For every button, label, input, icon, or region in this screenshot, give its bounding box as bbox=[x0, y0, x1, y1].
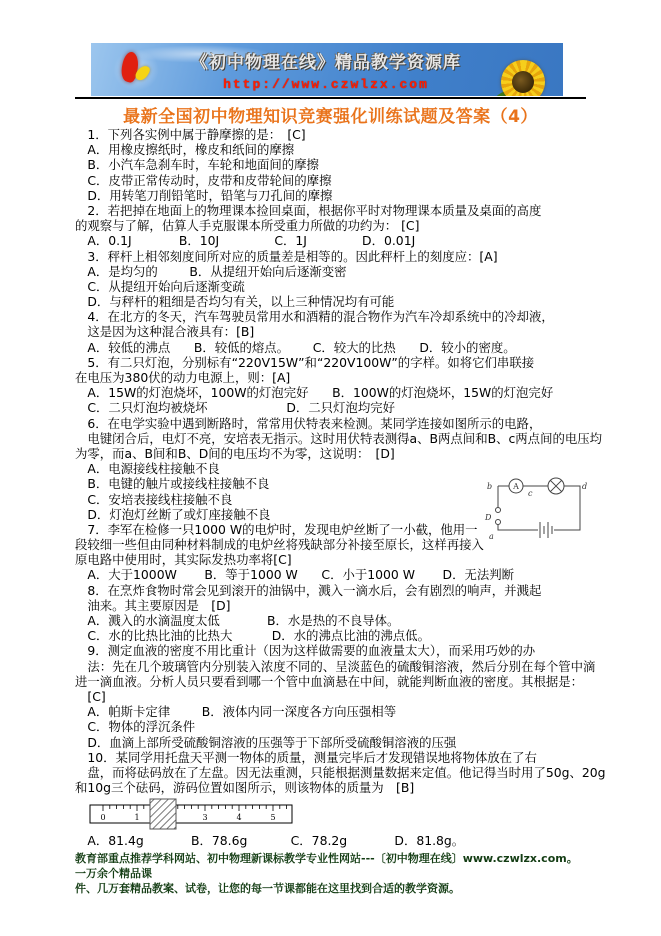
document-line: 2．若把掉在地面上的物理课本捡回桌面，根据你平时对物理课本质量及桌面的高度 bbox=[75, 203, 589, 218]
document-line: A．溅入的水滴温度太低 B．水是热的不良导体。 bbox=[75, 613, 589, 628]
document-line: 3．秤杆上相邻刻度间所对应的质量差是相等的。因此秤杆上的刻度应：[A] bbox=[75, 249, 589, 264]
footer-text: 教育部重点推荐学科网站、初中物理新课标教学专业性网站---〔初中物理在线〕www… bbox=[75, 851, 589, 896]
document-line: 1．下列各实例中属于静摩擦的是： [C] bbox=[75, 127, 589, 142]
document-line: B．小汽车急刹车时，车轮和地面间的摩擦 bbox=[75, 157, 589, 172]
document-page: 《初中物理在线》精品教学资源库 http://www.czwlzx.com 最新… bbox=[0, 0, 661, 936]
ruler-tick-0: 0 bbox=[100, 813, 105, 822]
document-line: A．0.1J B．10J C．1J D．0.01J bbox=[75, 233, 589, 248]
banner-site-title: 《初中物理在线》精品教学资源库 bbox=[161, 48, 491, 73]
document-line: C．物体的浮沉条件 bbox=[75, 719, 589, 734]
document-line: D．与秤杆的粗细是否均匀有关，以上三种情况均有可能 bbox=[75, 294, 589, 309]
document-line: A．较低的沸点 B．较低的熔点。 C．较大的比热 D．较小的密度。 bbox=[75, 340, 589, 355]
document-line: A．15W的灯泡烧坏，100W的灯泡完好 B．100W的灯泡烧坏，15W的灯泡完… bbox=[75, 385, 589, 400]
footer-line-2: 件、几万套精品教案、试卷，让您的每一节课都能在这里找到合适的教学资源。 bbox=[75, 881, 589, 896]
ammeter-letter: A bbox=[512, 482, 519, 491]
document-line: 8．在烹炸食物时常会见到滚开的油锅中，溅入一滴水后，会有剧烈的响声，并溅起 bbox=[75, 583, 589, 598]
footer-line-1: 教育部重点推荐学科网站、初中物理新课标教学专业性网站---〔初中物理在线〕www… bbox=[75, 851, 589, 881]
switch-contact-icon bbox=[496, 520, 501, 525]
document-line: 4．在北方的冬天，汽车驾驶员常用水和酒精的混合物作为汽车冷却系统中的冷却液， bbox=[75, 309, 589, 324]
document-line: C．从提纽开始向后逐渐变疏 bbox=[75, 279, 589, 294]
document-line: A．电源接线柱接触不良 bbox=[75, 461, 589, 476]
document-line: 法：先在几个玻璃管内分别装入浓度不同的、呈淡蓝色的硫酸铜溶液，然后分别在每个管中… bbox=[75, 659, 589, 674]
sunflower-icon bbox=[501, 60, 545, 96]
ruler-tick-4: 4 bbox=[236, 813, 241, 822]
circuit-label-c: c bbox=[528, 489, 533, 498]
page-title: 最新全国初中物理知识竞赛强化训练试题及答案（4） bbox=[75, 102, 586, 127]
q10-answer-options: A．81.4g B．78.6g C．78.2g D．81.8g。 bbox=[75, 831, 464, 849]
document-line: 和10g三个砝码，游码位置如图所示，则该物体的质量为 [B] bbox=[75, 780, 589, 795]
document-line: 这是因为这种混合液具有：[B] bbox=[75, 324, 589, 339]
document-line: 6．在电学实验中遇到断路时，常常用伏特表来检测。某同学连接如图所示的电路， bbox=[75, 416, 589, 431]
document-line: 9．测定血液的密度不用比重计（因为这样做需要的血液量太大），而采用巧妙的办 bbox=[75, 643, 589, 658]
site-logo-icon bbox=[113, 49, 159, 91]
document-line: 油来。其主要原因是 [D] bbox=[75, 598, 589, 613]
document-line: 电键闭合后，电灯不亮，安培表无指示。这时用伏特表测得a、B两点间和B、c两点间的… bbox=[75, 431, 589, 446]
battery-icon bbox=[540, 522, 552, 538]
circuit-label-b: b bbox=[487, 482, 492, 491]
sunflower-core-icon bbox=[512, 71, 534, 93]
circuit-label-d: d bbox=[582, 482, 587, 491]
document-line: 的观察与了解，估算人手克服课本所受重力所做的功约为： [C] bbox=[75, 218, 589, 233]
balance-rider-scale-image: 0 1 2 3 4 5 bbox=[86, 796, 298, 832]
switch-contact-icon bbox=[496, 508, 501, 513]
question-text: 1．下列各实例中属于静摩擦的是： [C] A．用橡皮擦纸时，橡皮和纸间的摩擦 B… bbox=[75, 127, 589, 795]
document-line: A．大于1000W B．等于1000 W C．小于1000 W D．无法判断 bbox=[75, 567, 589, 582]
circuit-label-switch: D bbox=[484, 513, 492, 522]
ruler-tick-5: 5 bbox=[270, 813, 275, 822]
document-line: A．是均匀的 B．从提纽开始向后逐渐变密 bbox=[75, 264, 589, 279]
site-banner: 《初中物理在线》精品教学资源库 http://www.czwlzx.com bbox=[91, 43, 563, 96]
document-line: 盘，而将砝码放在了左盘。因无法重测，只能根据测量数据来定值。他记得当时用了50g… bbox=[75, 765, 589, 780]
document-line: 进一滴血液。分析人员只要看到哪一个管中血滴悬在中间，就能判断血液的密度。其根据是… bbox=[75, 674, 589, 689]
document-line: 10．某同学用托盘天平测一物体的质量，测量完毕后才发现错误地将物体放在了右 bbox=[75, 750, 589, 765]
document-line: 原电路中使用时，其实际发热功率将[C] bbox=[75, 552, 589, 567]
circuit-diagram: b c d D a A bbox=[484, 476, 590, 542]
divider-line bbox=[75, 97, 586, 99]
banner-text-block: 《初中物理在线》精品教学资源库 http://www.czwlzx.com bbox=[161, 48, 491, 92]
document-line: 在电压为380伏的动力电源上，则：[A] bbox=[75, 370, 589, 385]
document-line: [C] bbox=[75, 689, 589, 704]
document-line: 为零，而a、B间和B、D间的电压均不为零，这说明： [D] bbox=[75, 446, 589, 461]
document-line: A．用橡皮擦纸时，橡皮和纸间的摩擦 bbox=[75, 142, 589, 157]
document-line: A．帕斯卡定律 B．液体内同一深度各方向压强相等 bbox=[75, 704, 589, 719]
ruler-tick-1: 1 bbox=[134, 813, 139, 822]
ruler-tick-3: 3 bbox=[202, 813, 207, 822]
document-line: C．水的比热比油的比热大 D．水的沸点比油的沸点低。 bbox=[75, 628, 589, 643]
document-line: C．二只灯泡均被烧坏 D．二只灯泡均完好 bbox=[75, 400, 589, 415]
document-line: 5．有二只灯泡，分别标有“220V15W”和“220V100W”的字样。如将它们… bbox=[75, 355, 589, 370]
banner-site-url: http://www.czwlzx.com bbox=[161, 77, 491, 92]
document-line: C．皮带正常传动时，皮带和皮带轮间的摩擦 bbox=[75, 173, 589, 188]
circuit-label-a: a bbox=[489, 532, 494, 541]
document-line: D．血滴上部所受硫酸铜溶液的压强等于下部所受硫酸铜溶液的压强 bbox=[75, 735, 589, 750]
rider-weight-icon bbox=[150, 799, 176, 829]
document-line: D．用转笔刀削铅笔时，铅笔与刀孔间的摩擦 bbox=[75, 188, 589, 203]
